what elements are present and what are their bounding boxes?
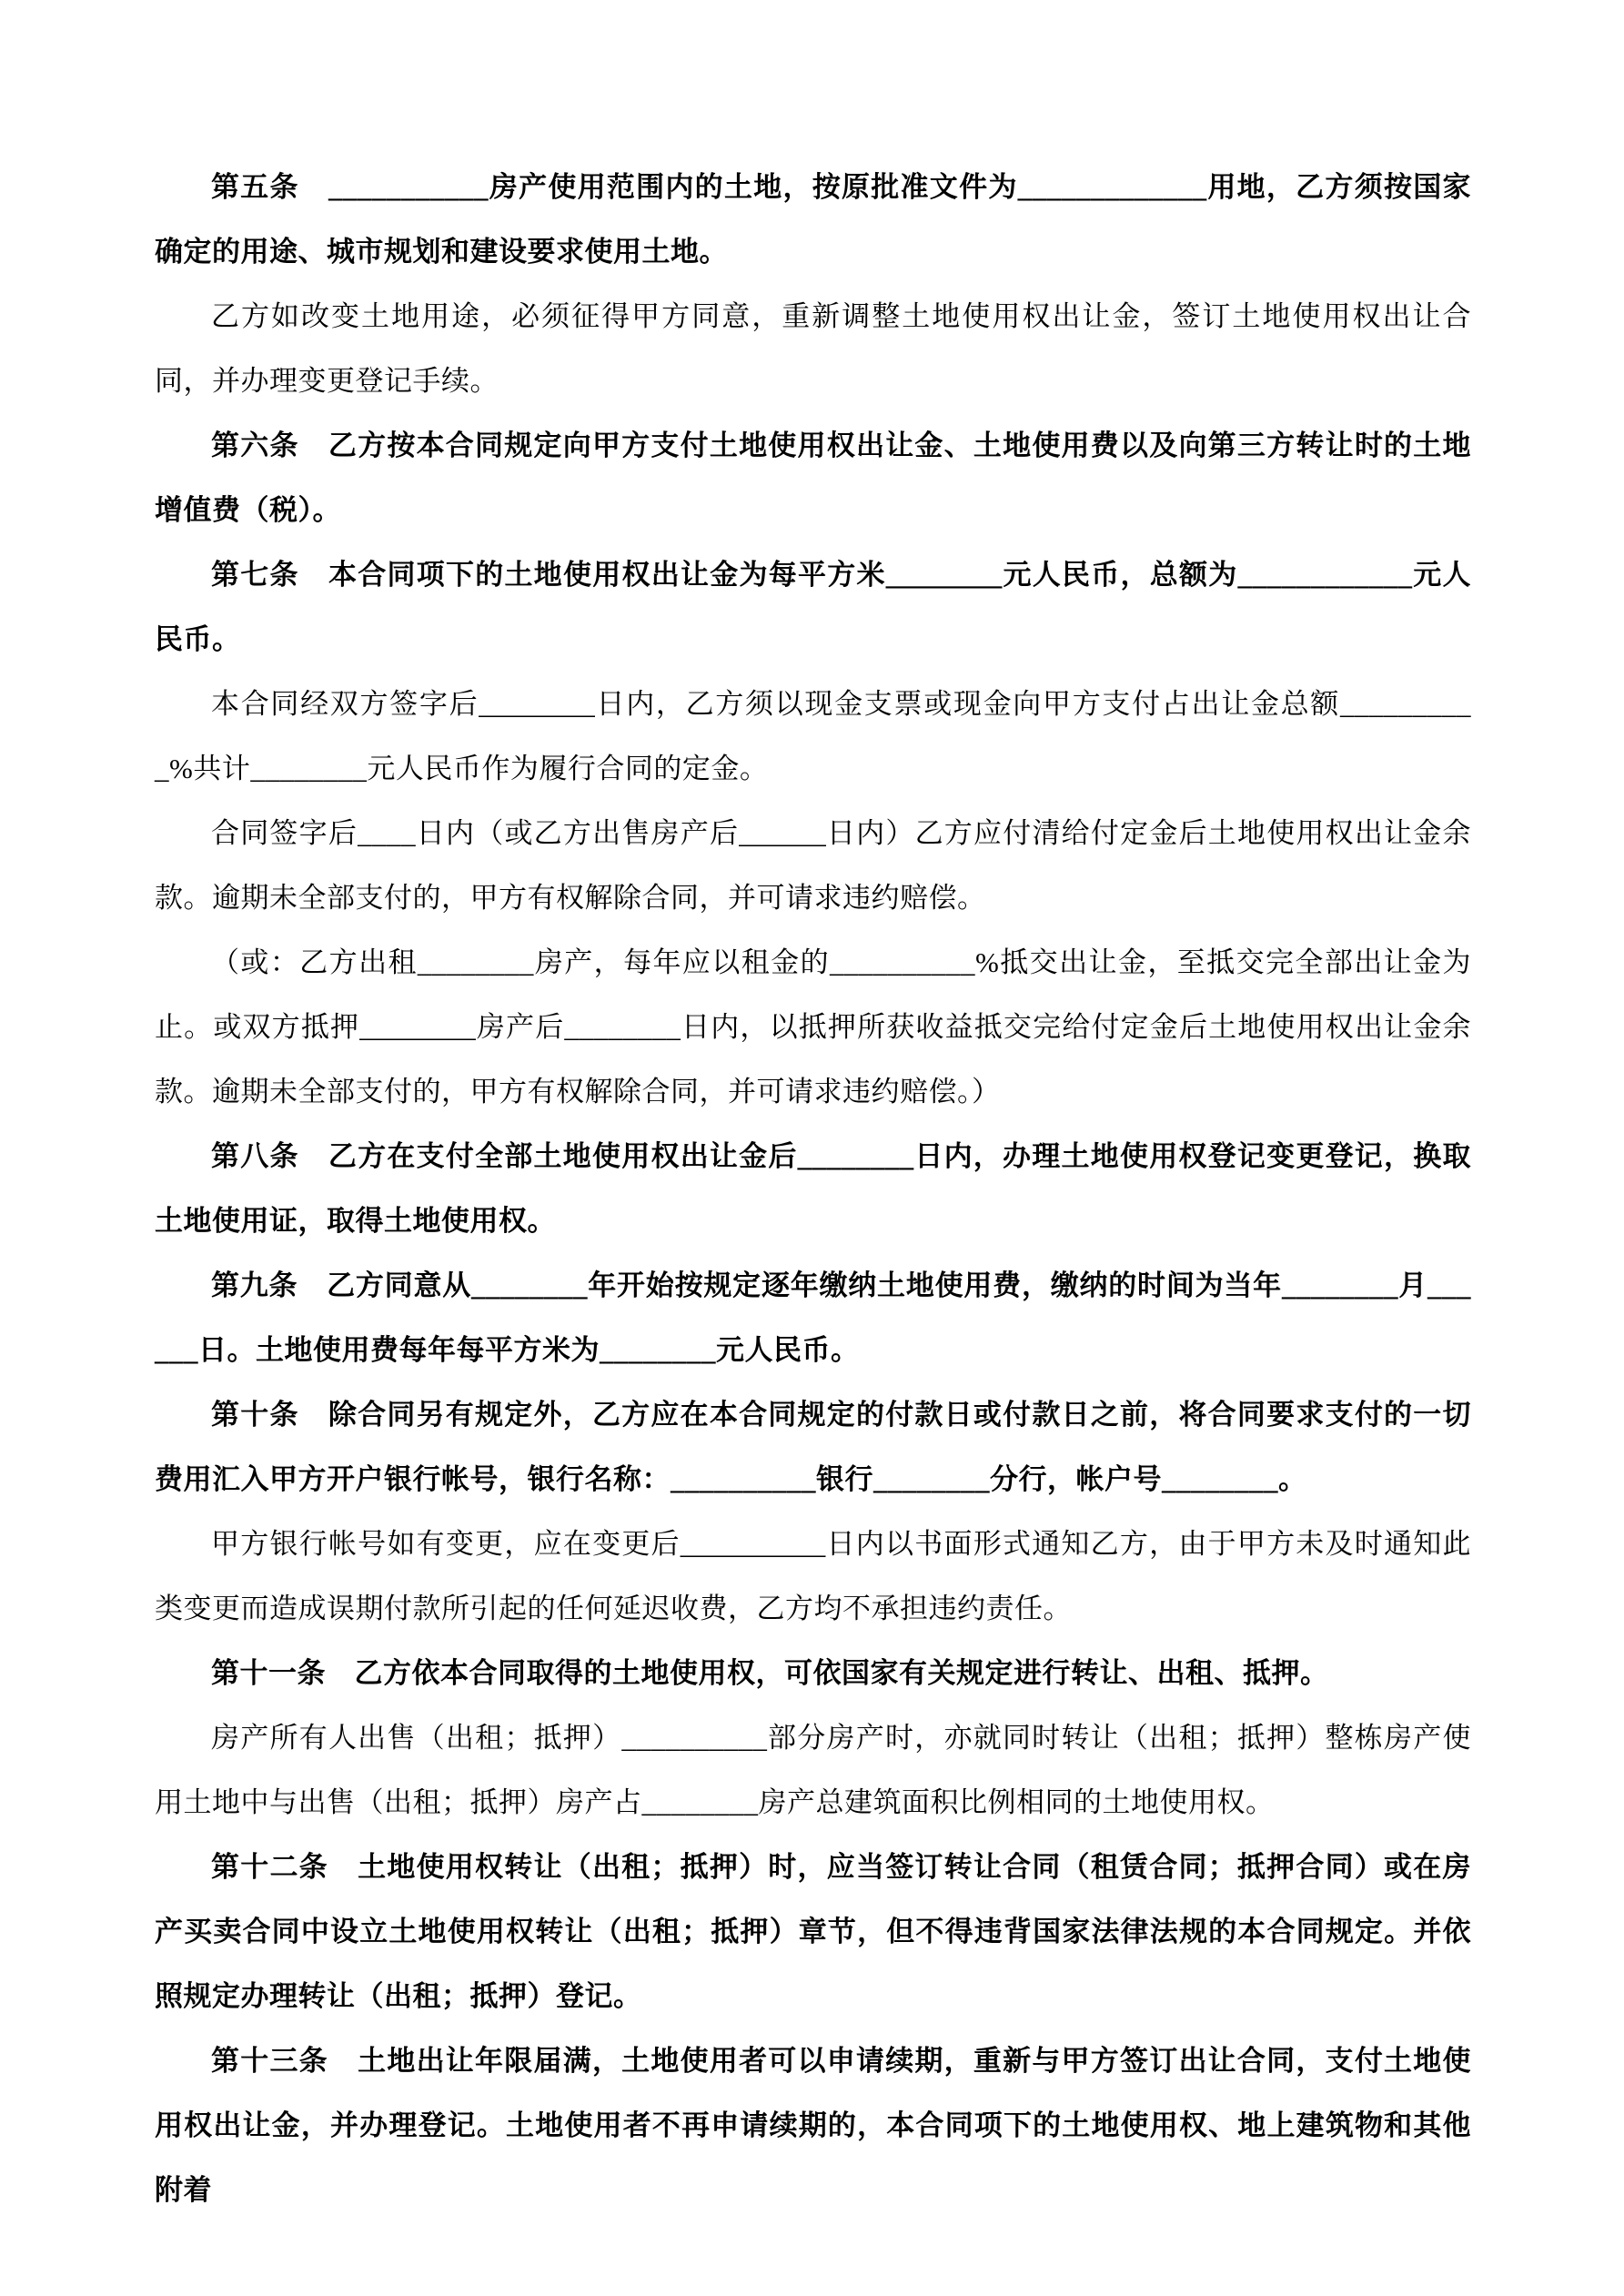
paragraph-article-9: 第九条 乙方同意从________年开始按规定逐年缴纳土地使用费，缴纳的时间为当… <box>155 1253 1471 1382</box>
paragraph-article-5: 第五条 ___________房产使用范围内的土地，按原批准文件为_______… <box>155 155 1471 284</box>
paragraph-article-13: 第十三条 土地出让年限届满，土地使用者可以申请续期，重新与甲方签订出让合同，支付… <box>155 2028 1471 2222</box>
paragraph-article-11: 第十一条 乙方依本合同取得的土地使用权，可依国家有关规定进行转让、出租、抵押。 <box>155 1641 1471 1705</box>
paragraph-article-7-payment-deadline-clause: 合同签字后____日内（或乙方出售房产后______日内）乙方应付清给付定金后土… <box>155 801 1471 930</box>
paragraph-article-7-deposit-clause: 本合同经双方签字后________日内，乙方须以现金支票或现金向甲方支付占出让金… <box>155 672 1471 801</box>
document-body: 第五条 ___________房产使用范围内的土地，按原批准文件为_______… <box>155 155 1471 2222</box>
paragraph-article-12: 第十二条 土地使用权转让（出租；抵押）时，应当签订转让合同（租赁合同；抵押合同）… <box>155 1835 1471 2028</box>
paragraph-article-11-partial-sale-clause: 房产所有人出售（出租；抵押）__________部分房产时，亦就同时转让（出租；… <box>155 1705 1471 1835</box>
paragraph-article-7-alternative-payment-clause: （或：乙方出租________房产，每年应以租金的__________%抵交出让… <box>155 930 1471 1124</box>
paragraph-article-8: 第八条 乙方在支付全部土地使用权出让金后________日内，办理土地使用权登记… <box>155 1124 1471 1253</box>
contract-page: 第五条 ___________房产使用范围内的土地，按原批准文件为_______… <box>0 0 1624 2296</box>
paragraph-article-7: 第七条 本合同项下的土地使用权出让金为每平方米________元人民币，总额为_… <box>155 542 1471 672</box>
paragraph-article-10-bank-change-clause: 甲方银行帐号如有变更，应在变更后__________日内以书面形式通知乙方，由于… <box>155 1512 1471 1641</box>
paragraph-article-10: 第十条 除合同另有规定外，乙方应在本合同规定的付款日或付款日之前，将合同要求支付… <box>155 1382 1471 1512</box>
paragraph-article-6: 第六条 乙方按本合同规定向甲方支付土地使用权出让金、土地使用费以及向第三方转让时… <box>155 413 1471 542</box>
paragraph-article-5-change-of-use-clause: 乙方如改变土地用途，必须征得甲方同意，重新调整土地使用权出让金，签订土地使用权出… <box>155 284 1471 413</box>
